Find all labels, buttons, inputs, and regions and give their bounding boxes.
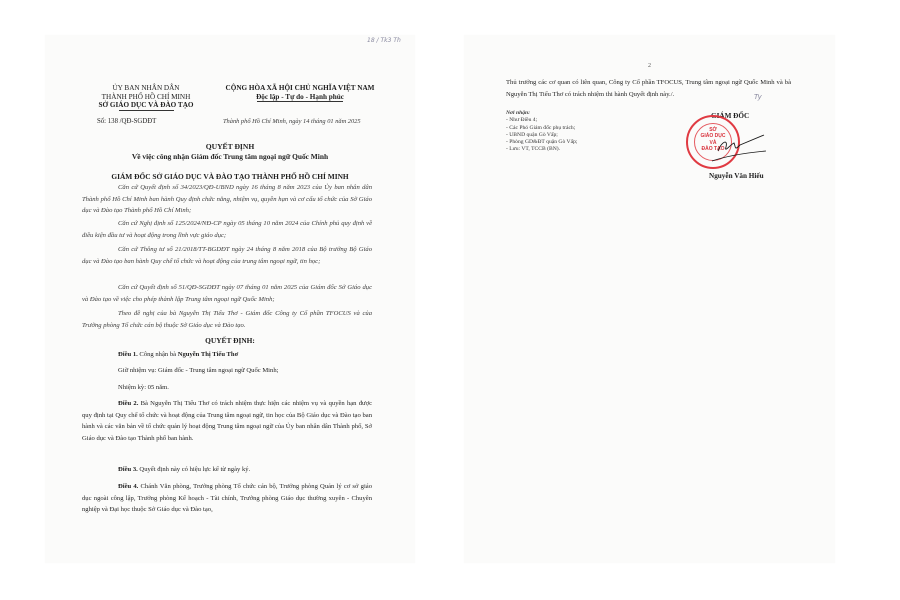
basis-1: Căn cứ Quyết định số 34/2023/QĐ-UBND ngà… — [82, 182, 372, 217]
article-1-duty: Giữ nhiệm vụ: Giám đốc - Trung tâm ngoại… — [82, 365, 372, 377]
decision-heading: QUYẾT ĐỊNH: — [45, 336, 415, 345]
authority-heading: GIÁM ĐỐC SỞ GIÁO DỤC VÀ ĐÀO TẠO THÀNH PH… — [45, 172, 415, 181]
basis-5: Theo đề nghị của bà Nguyễn Thị Tiểu Thơ … — [82, 308, 372, 331]
decision-subtitle: Về việc công nhận Giám đốc Trung tâm ngo… — [45, 152, 415, 161]
signer-name: Nguyễn Văn Hiếu — [709, 172, 764, 180]
article-1: Điều 1. Công nhận bà Nguyễn Thị Tiểu Thơ — [82, 349, 372, 361]
issuer-block: ỦY BAN NHÂN DÂN THÀNH PHỐ HỒ CHÍ MINH SỞ… — [85, 84, 207, 110]
issuer-line-1: ỦY BAN NHÂN DÂN — [85, 84, 207, 93]
place-date: Thành phố Hồ Chí Minh, ngày 14 tháng 01 … — [223, 118, 361, 125]
article-1-name: Nguyễn Thị Tiểu Thơ — [178, 351, 239, 358]
recipients-block: Nơi nhận: - Như Điều 4; - Các Phó Giám đ… — [506, 110, 577, 154]
signature-icon — [704, 127, 774, 167]
basis-2: Căn cứ Nghị định số 125/2024/NĐ-CP ngày … — [82, 218, 372, 241]
page-number: 2 — [464, 63, 835, 69]
document-number: Số: 138 /QĐ-SGDĐT — [97, 118, 156, 125]
initials-mark: Ty — [754, 93, 762, 101]
issuer-underline — [119, 110, 174, 111]
basis-4: Căn cứ Quyết định số 51/QĐ-SGDĐT ngày 07… — [82, 282, 372, 305]
basis-3: Căn cứ Thông tư số 21/2018/TT-BGDĐT ngày… — [82, 244, 372, 267]
document-page-1: 18 / Tk3 Th ỦY BAN NHÂN DÂN THÀNH PHỐ HỒ… — [45, 35, 415, 563]
motto-line-2: Độc lập - Tự do - Hạnh phúc — [210, 93, 390, 102]
issuer-line-3: SỞ GIÁO DỤC VÀ ĐÀO TẠO — [85, 101, 207, 110]
recipient-2: - Các Phó Giám đốc phụ trách; — [506, 125, 577, 132]
article-1-label: Điều 1. — [118, 351, 138, 358]
article-4: Điều 4. Chánh Văn phòng, Trưởng phòng Tổ… — [82, 481, 372, 516]
continuation-text: Thủ trưởng các cơ quan có liên quan, Côn… — [506, 77, 791, 100]
article-2: Điều 2. Bà Nguyễn Thị Tiểu Thơ có trách … — [82, 398, 372, 445]
article-3-label: Điều 3. — [118, 466, 138, 473]
motto-underline — [257, 101, 343, 102]
article-2-label: Điều 2. — [118, 400, 138, 407]
decision-title: QUYẾT ĐỊNH — [45, 142, 415, 151]
motto-line-1: CỘNG HÒA XÃ HỘI CHỦ NGHĨA VIỆT NAM — [210, 84, 390, 93]
document-page-2: 2 Thủ trưởng các cơ quan có liên quan, C… — [464, 35, 835, 563]
article-4-label: Điều 4. — [118, 483, 138, 490]
article-3-text: Quyết định này có hiệu lực kể từ ngày ký… — [138, 466, 250, 473]
article-1-term: Nhiệm kỳ: 05 năm. — [82, 382, 372, 394]
issuer-line-2: THÀNH PHỐ HỒ CHÍ MINH — [85, 93, 207, 102]
article-3: Điều 3. Quyết định này có hiệu lực kể từ… — [82, 464, 372, 476]
recipient-1: - Như Điều 4; — [506, 117, 577, 124]
handwritten-note: 18 / Tk3 Th — [367, 37, 401, 44]
article-1-text: Công nhận bà — [138, 351, 178, 358]
recipient-5: - Lưu: VT, TCCB (BN). — [506, 146, 577, 153]
motto-block: CỘNG HÒA XÃ HỘI CHỦ NGHĨA VIỆT NAM Độc l… — [210, 84, 390, 102]
